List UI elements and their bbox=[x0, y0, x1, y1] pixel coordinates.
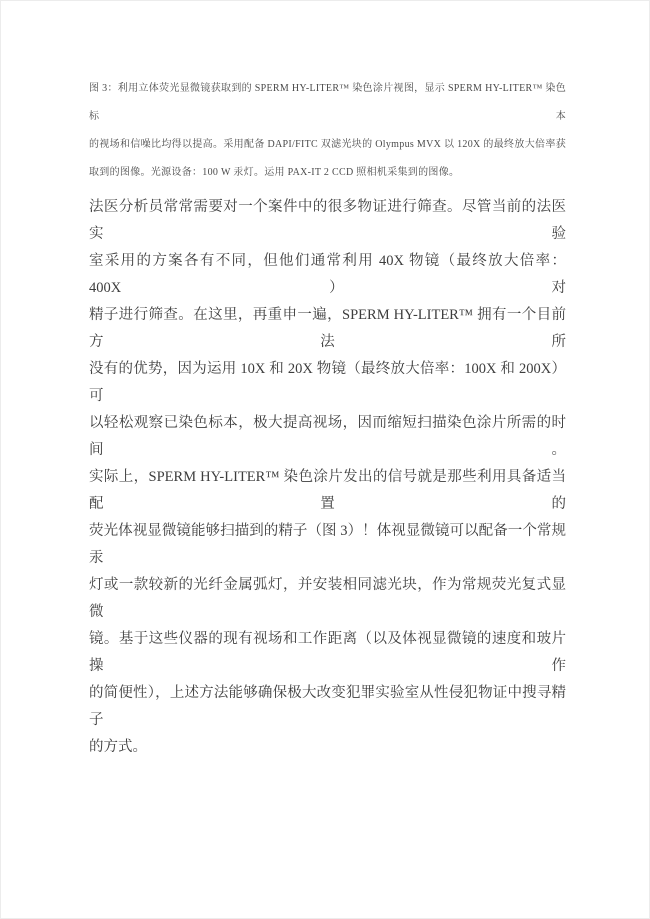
paragraph-line: 法医分析员常常需要对一个案件中的很多物证进行筛查。尽管当前的法医实验 bbox=[89, 194, 566, 248]
figure-3-caption: 图 3：利用立体荧光显微镜获取到的 SPERM HY-LITER™ 染色涂片视图… bbox=[89, 75, 566, 187]
paragraph-line: 以轻松观察已染色标本，极大提高视场，因而缩短扫描染色涂片所需的时间。 bbox=[89, 410, 566, 464]
body-paragraph: 法医分析员常常需要对一个案件中的很多物证进行筛查。尽管当前的法医实验 室采用的方… bbox=[89, 194, 566, 761]
paragraph-line: 室采用的方案各有不同，但他们通常利用 40X 物镜（最终放大倍率：400X）对 bbox=[89, 248, 566, 302]
figure-caption-line: 的视场和信噪比均得以提高。采用配备 DAPI/FITC 双滤光块的 Olympu… bbox=[89, 131, 566, 159]
document-page: 图 3：利用立体荧光显微镜获取到的 SPERM HY-LITER™ 染色涂片视图… bbox=[0, 0, 650, 919]
paragraph-line: 的简便性），上述方法能够确保极大改变犯罪实验室从性侵犯物证中搜寻精子 bbox=[89, 680, 566, 734]
paragraph-line: 灯或一款较新的光纤金属弧灯，并安装相同滤光块，作为常规荧光复式显微 bbox=[89, 572, 566, 626]
paragraph-line: 没有的优势，因为运用 10X 和 20X 物镜（最终放大倍率：100X 和 20… bbox=[89, 356, 566, 410]
figure-caption-line: 取到的图像。光源设备：100 W 汞灯。运用 PAX-IT 2 CCD 照相机采… bbox=[89, 159, 566, 187]
paragraph-line: 实际上，SPERM HY-LITER™ 染色涂片发出的信号就是那些利用具备适当配… bbox=[89, 464, 566, 518]
paragraph-line: 镜。基于这些仪器的现有视场和工作距离（以及体视显微镜的速度和玻片操作 bbox=[89, 626, 566, 680]
paragraph-line: 荧光体视显微镜能够扫描到的精子（图 3）！体视显微镜可以配备一个常规汞 bbox=[89, 518, 566, 572]
paragraph-line: 精子进行筛查。在这里，再重申一遍，SPERM HY-LITER™ 拥有一个目前方… bbox=[89, 302, 566, 356]
figure-caption-line: 图 3：利用立体荧光显微镜获取到的 SPERM HY-LITER™ 染色涂片视图… bbox=[89, 75, 566, 131]
paragraph-line: 的方式。 bbox=[89, 734, 566, 761]
